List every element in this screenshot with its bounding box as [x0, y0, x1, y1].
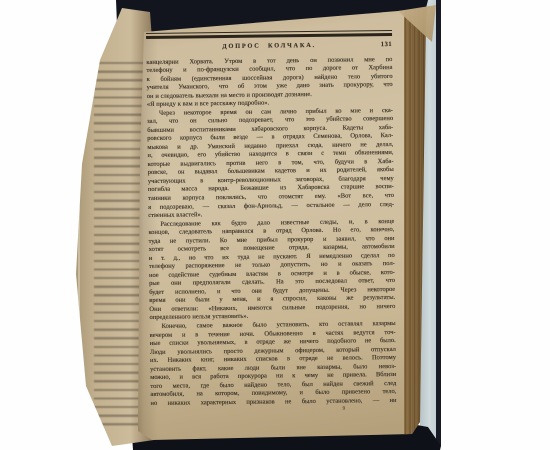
header-rule-thick	[146, 33, 392, 39]
running-title: ДОПРОС КОЛЧАКА.	[146, 39, 392, 51]
book-page: ДОПРОС КОЛЧАКА. 131 канцелярии Хорвата. …	[130, 6, 428, 442]
page-number: 131	[381, 39, 392, 48]
signature-mark: 9	[343, 406, 397, 413]
page-header: ДОПРОС КОЛЧАКА. 131	[146, 39, 392, 51]
page-text-block: ДОПРОС КОЛЧАКА. 131 канцелярии Хорвата. …	[146, 30, 397, 415]
body-text: канцелярии Хорвата. Утром в тот день он …	[146, 55, 396, 408]
book-photo: ДОПРОС КОЛЧАКА. 131 канцелярии Хорвата. …	[0, 0, 550, 450]
